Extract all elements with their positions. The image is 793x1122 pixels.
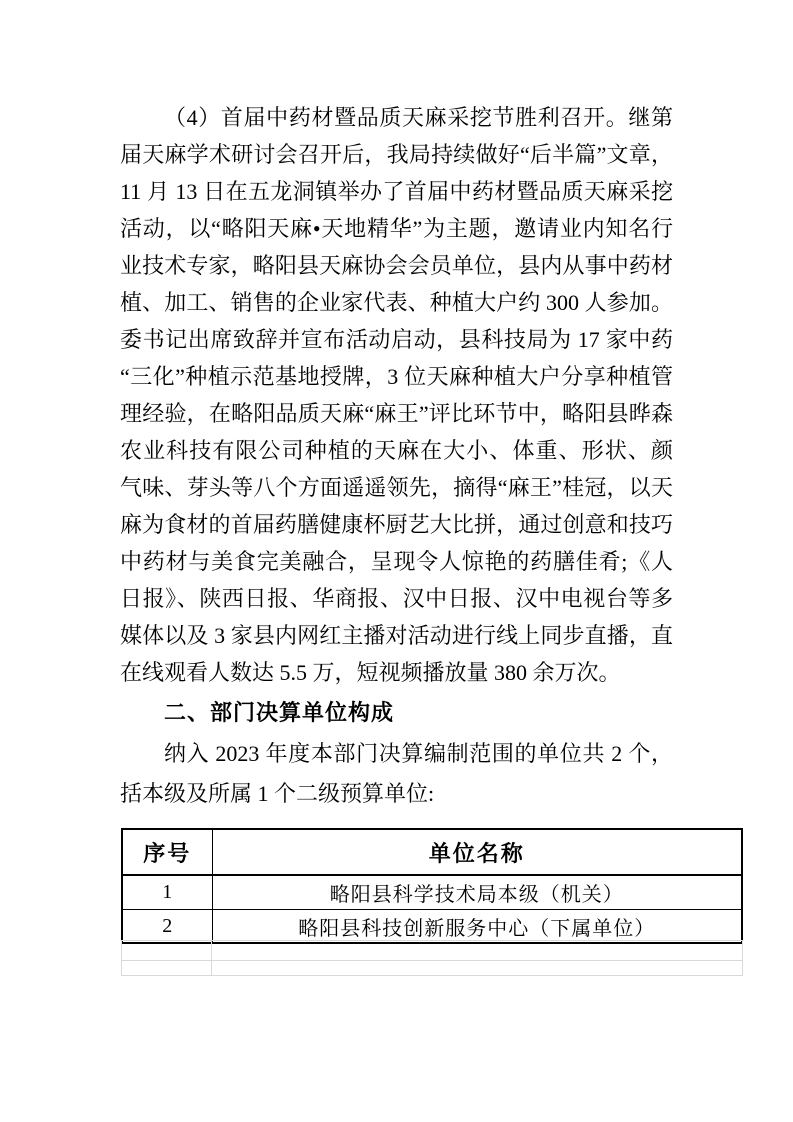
paragraph-line: 农业科技有限公司种植的天麻在大小、体重、形状、颜色、 <box>120 432 673 469</box>
table-row: 1 略阳县科学技术局本级（机关） <box>122 875 742 910</box>
ghost-cell <box>122 941 212 961</box>
section-heading: 二、部门决算单位构成 <box>120 694 717 732</box>
paragraph-line: 日报》、陕西日报、华商报、汉中日报、汉中电视台等多家 <box>120 580 673 617</box>
table-header-name: 单位名称 <box>212 829 742 875</box>
paragraph-line: 委书记出席致辞并宣布活动启动，县科技局为 17 家中药材 <box>120 321 673 358</box>
paragraph-line: 麻为食材的首届药膳健康杯厨艺大比拼，通过创意和技巧将 <box>120 506 673 543</box>
units-table: 序号 单位名称 1 略阳县科学技术局本级（机关） 2 略阳县科技创新服务中心（下… <box>121 828 743 944</box>
ghost-row <box>122 961 743 976</box>
table-cell-no: 2 <box>122 910 212 944</box>
table-cell-name: 略阳县科学技术局本级（机关） <box>212 875 742 910</box>
paragraph-line: 11 月 13 日在五龙洞镇举办了首届中药材暨品质天麻采挖节 <box>120 173 673 210</box>
paragraph-line: 气味、芽头等八个方面遥遥领先，摘得“麻王”桂冠，以天 <box>120 469 673 506</box>
paragraph-line: 媒体以及 3 家县内网红主播对活动进行线上同步直播，直播 <box>120 617 673 654</box>
table-header-row: 序号 单位名称 <box>122 829 742 875</box>
paragraph-line: “三化”种植示范基地授牌，3 位天麻种植大户分享种植管 <box>120 358 673 395</box>
paragraph-line: 活动，以“略阳天麻•天地精华”为主题，邀请业内知名行 <box>120 210 673 247</box>
paragraph-line: 业技术专家，略阳县天麻协会会员单位，县内从事中药材种 <box>120 247 673 284</box>
paragraph-line: 括本级及所属 1 个二级预算单位: <box>120 774 673 814</box>
ghost-cell <box>122 961 212 976</box>
paragraph-activity-report: （4）首届中药材暨品质天麻采挖节胜利召开。继第二 届天麻学术研讨会召开后，我局持… <box>120 99 673 691</box>
paragraph-units-intro: 纳入 2023 年度本部门决算编制范围的单位共 2 个，包 括本级及所属 1 个… <box>120 734 673 814</box>
paragraph-line: 在线观看人数达 5.5 万，短视频播放量 380 余万次。 <box>120 654 673 691</box>
table-header-no: 序号 <box>122 829 212 875</box>
paragraph-line: 届天麻学术研讨会召开后，我局持续做好“后半篇”文章， <box>120 136 673 173</box>
ghost-cell <box>212 941 743 961</box>
ghost-row <box>122 941 743 961</box>
paragraph-line: 中药材与美食完美融合，呈现令人惊艳的药膳佳肴;《人民 <box>120 543 673 580</box>
document-page: （4）首届中药材暨品质天麻采挖节胜利召开。继第二 届天麻学术研讨会召开后，我局持… <box>0 0 793 1122</box>
paragraph-line: （4）首届中药材暨品质天麻采挖节胜利召开。继第二 <box>120 99 673 136</box>
paragraph-line: 理经验，在略阳品质天麻“麻王”评比环节中，略阳县晔森 <box>120 395 673 432</box>
paragraph-line: 纳入 2023 年度本部门决算编制范围的单位共 2 个，包 <box>120 734 673 774</box>
ghost-cell <box>212 961 743 976</box>
table-row: 2 略阳县科技创新服务中心（下属单位） <box>122 910 742 944</box>
table-cell-name: 略阳县科技创新服务中心（下属单位） <box>212 910 742 944</box>
table-cell-no: 1 <box>122 875 212 910</box>
ghost-grid-rows <box>121 940 743 976</box>
paragraph-line: 植、加工、销售的企业家代表、种植大户约 300 人参加。县 <box>120 284 673 321</box>
